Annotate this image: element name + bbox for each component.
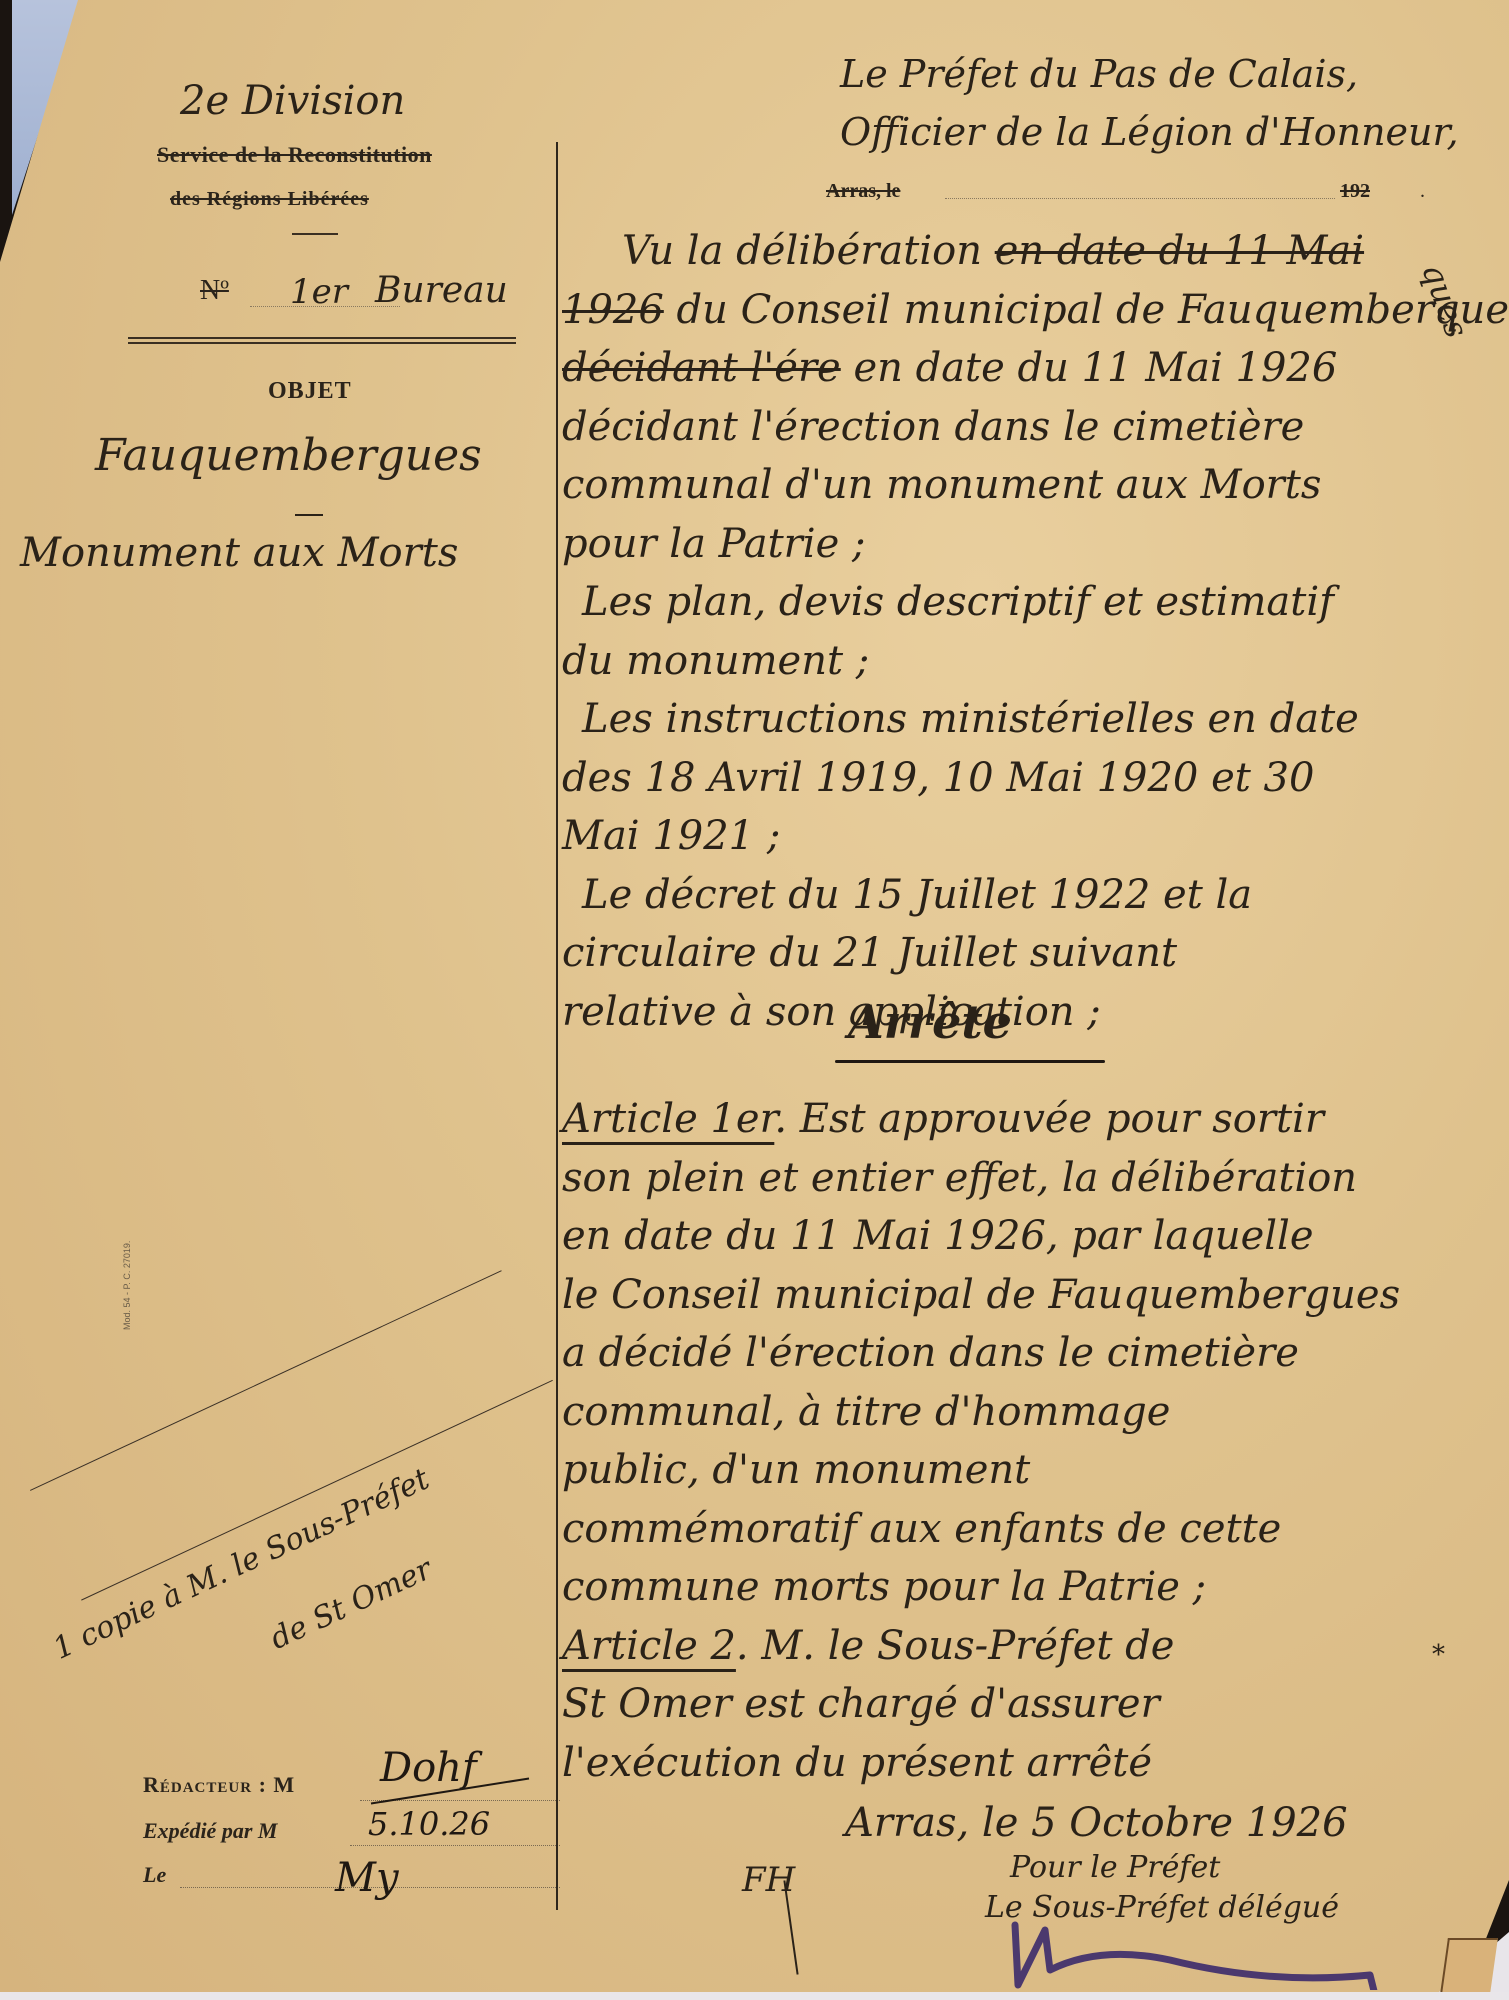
considerant-line: 1926 du Conseil municipal de Fauquemberq…	[562, 281, 1482, 340]
struck-text: 1926	[562, 287, 664, 333]
objet-label: OBJET	[268, 378, 352, 405]
article-line: son plein et entier effet, la délibérati…	[562, 1149, 1482, 1208]
article-line: Article 1er. Est approuvée pour sortir	[562, 1090, 1482, 1149]
struck-printed-year: 192	[1340, 180, 1370, 203]
article-label: Article 1er	[562, 1096, 774, 1142]
prefect-title: Le Préfet du Pas de Calais,	[840, 52, 1358, 96]
considerant-line: communal d'un monument aux Morts	[562, 456, 1482, 515]
considerant-line: Vu la délibération en date du 11 Mai	[562, 222, 1482, 281]
considerant-line: Le décret du 15 Juillet 1922 et la	[562, 866, 1482, 925]
folded-corner	[1440, 1938, 1498, 1994]
line-text: du Conseil municipal de Fauquemberques	[664, 287, 1509, 333]
arrete-heading: Arrête	[848, 995, 1012, 1049]
considerant-line: Mai 1921 ;	[562, 807, 1482, 866]
double-divider	[128, 337, 516, 344]
considerant-line: du monument ;	[562, 632, 1482, 691]
line-text: en date du 11 Mai 1926	[841, 345, 1338, 391]
struck-printed-regions: des Régions Libérées	[170, 188, 369, 211]
struck-text: décidant l'ére	[562, 345, 841, 391]
expedie-label: Expédié par M	[143, 1818, 277, 1843]
divider	[295, 514, 323, 516]
expedie-date: 5.10.26	[368, 1805, 490, 1843]
dotted-fill-line	[350, 1845, 560, 1847]
place-date: Arras, le 5 Octobre 1926	[845, 1800, 1348, 1846]
considerant-line: décidant l'érection dans le cimetière	[562, 398, 1482, 457]
le-row: Le	[143, 1862, 166, 1888]
article-line: a décidé l'érection dans le cimetière	[562, 1324, 1482, 1383]
considerant-line: des 18 Avril 1919, 10 Mai 1920 et 30	[562, 749, 1482, 808]
struck-bureau-number: Nº	[200, 275, 229, 307]
form-reference: Mod. 54 - P. C. 27019.	[122, 1241, 132, 1330]
background-edge	[0, 1992, 1509, 2000]
article-line: public, d'un monument	[562, 1441, 1482, 1500]
dotted-fill-line	[250, 306, 400, 307]
considerant-line: pour la Patrie ;	[562, 515, 1482, 574]
line-text: . M. le Sous-Préfet de	[736, 1623, 1175, 1669]
considerant-line: circulaire du 21 Juillet suivant	[562, 924, 1482, 983]
article-label: Article 2	[562, 1623, 736, 1669]
considerant-line: Les plan, devis descriptif et estimatif	[562, 573, 1482, 632]
struck-text: en date du 11 Mai	[995, 228, 1364, 274]
expedie-row: Expédié par M	[143, 1818, 277, 1844]
footnote-marker: *	[1432, 1640, 1445, 1670]
trailing-dot: .	[1420, 180, 1425, 203]
article-line: en date du 11 Mai 1926, par laquelle	[562, 1207, 1482, 1266]
considerants: Vu la délibération en date du 11 Mai 192…	[562, 222, 1482, 1041]
considerant-line: Les instructions ministérielles en date	[562, 690, 1482, 749]
divider	[292, 233, 338, 235]
for-prefect: Pour le Préfet	[1010, 1850, 1220, 1885]
article-line: commune morts pour la Patrie ;	[562, 1558, 1482, 1617]
articles: Article 1er. Est approuvée pour sortir s…	[562, 1090, 1482, 1792]
redacteur-signature: Dohf	[380, 1745, 477, 1791]
article-line: le Conseil municipal de Fauquembergues	[562, 1266, 1482, 1325]
struck-printed-place: Arras, le	[826, 180, 900, 203]
considerant-line: décidant l'ére en date du 11 Mai 1926	[562, 339, 1482, 398]
article-line: Article 2. M. le Sous-Préfet de	[562, 1617, 1482, 1676]
objet-subject: Monument aux Morts	[20, 530, 458, 576]
struck-printed-service: Service de la Reconstitution	[157, 142, 432, 168]
article-line: commémoratif aux enfants de cette	[562, 1500, 1482, 1559]
article-line: communal, à titre d'hommage	[562, 1383, 1482, 1442]
division-heading: 2e Division	[180, 78, 405, 124]
prefect-honor: Officier de la Légion d'Honneur,	[840, 110, 1459, 154]
signature-icon	[1010, 1915, 1430, 1990]
dotted-fill-line	[945, 198, 1335, 199]
heading-underline	[835, 1060, 1105, 1063]
redacteur-row: Rédacteur : M	[143, 1772, 295, 1798]
le-initials: My	[335, 1855, 399, 1901]
bureau-label: Bureau	[375, 270, 508, 311]
article-line: St Omer est chargé d'assurer	[562, 1675, 1482, 1734]
column-divider	[556, 142, 558, 1910]
le-label: Le	[143, 1862, 166, 1887]
objet-place: Fauquembergues	[95, 430, 482, 481]
article-line: l'exécution du présent arrêté	[562, 1734, 1482, 1793]
line-text: Vu la délibération	[622, 228, 995, 274]
considerant-line: relative à son application ;	[562, 983, 1482, 1042]
redacteur-label: Rédacteur : M	[143, 1772, 295, 1797]
line-text: . Est approuvée pour sortir	[774, 1096, 1324, 1142]
